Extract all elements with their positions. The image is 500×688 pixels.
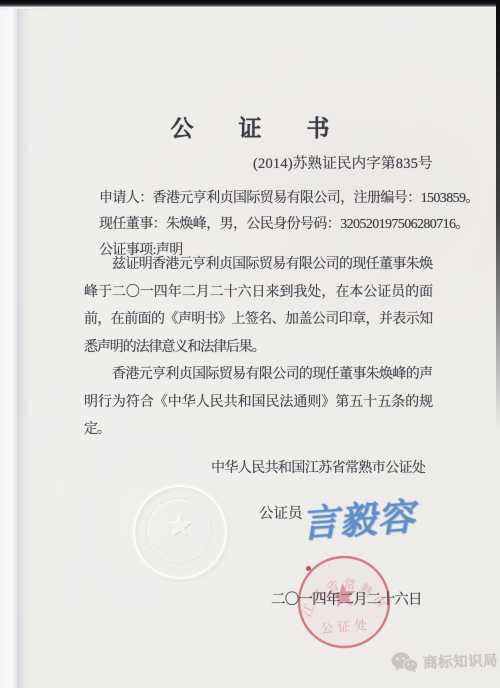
scan-top-edge bbox=[0, 0, 500, 7]
notarial-certificate-scan: 公证书 (2014)苏熟证民内字第835号 申请人：香港元亨利贞国际贸易有限公司… bbox=[0, 0, 500, 688]
watermark: 商标知识局 bbox=[391, 648, 499, 674]
watermark-text: 商标知识局 bbox=[423, 649, 499, 673]
applicant-line: 申请人：香港元亨利贞国际贸易有限公司，注册编号：1503859。 bbox=[99, 187, 479, 207]
certification-paragraph: 兹证明香港元亨利贞国际贸易有限公司的现任董事朱焕峰于二〇一四年二月二十六日来到我… bbox=[84, 251, 432, 361]
notary-office-line: 中华人民共和国江苏省常熟市公证处 bbox=[211, 457, 425, 477]
wechat-icon bbox=[391, 651, 419, 674]
scan-top-highlight bbox=[0, 7, 500, 10]
notary-label: 公证员 bbox=[259, 502, 303, 523]
scan-right-edge bbox=[496, 0, 500, 430]
seal-ink-smudge bbox=[306, 566, 311, 571]
document-title: 公证书 bbox=[0, 110, 500, 143]
legal-basis-paragraph: 香港元亨利贞国际贸易有限公司的现任董事朱焕峰的声明行为符合《中华人民共和国民法通… bbox=[84, 361, 432, 444]
embossed-star-icon: ★ bbox=[135, 509, 225, 544]
notary-signature: 言毅容 bbox=[299, 486, 416, 548]
embossed-seal: ★ bbox=[133, 485, 227, 579]
date-line: 二〇一四年二月二十六日 bbox=[271, 588, 422, 609]
certificate-number: (2014)苏熟证民内字第835号 bbox=[253, 152, 433, 173]
director-line: 现任董事：朱焕峰，男，公民身份号码：320520197506280716。 bbox=[99, 213, 469, 233]
